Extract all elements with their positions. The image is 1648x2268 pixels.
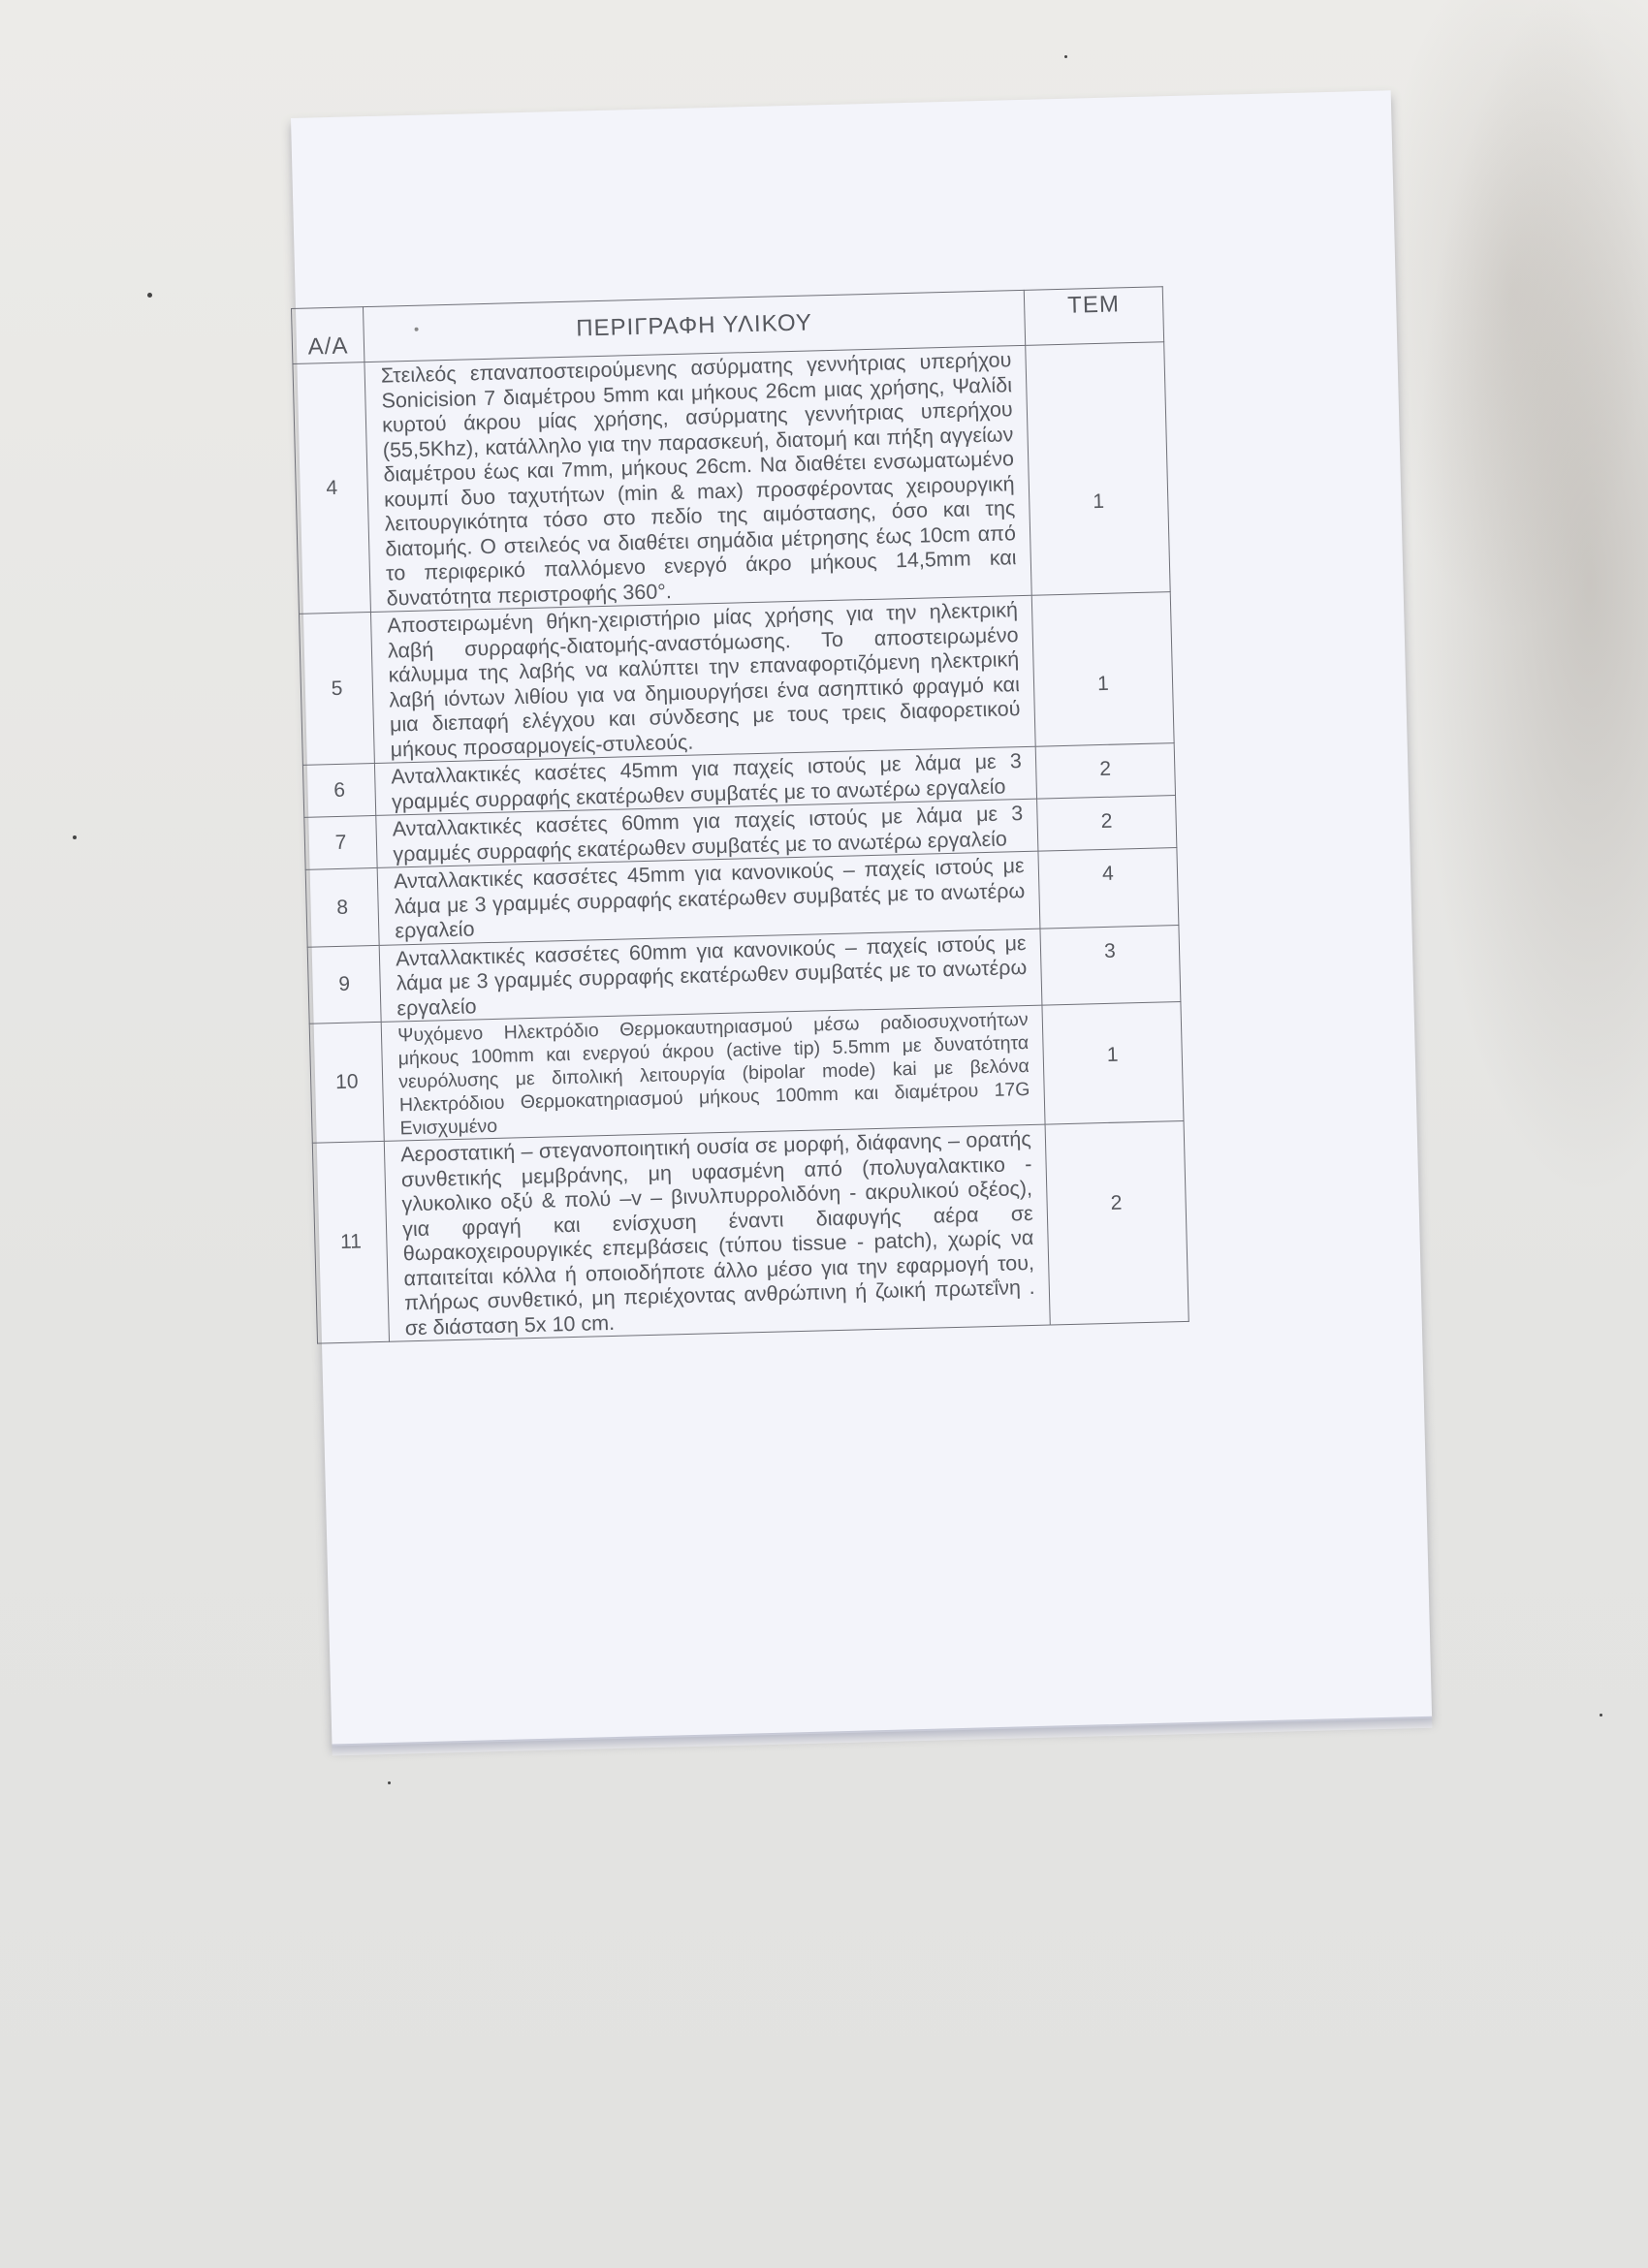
dust-speck: [73, 835, 77, 839]
table-row: 5 Αποστειρωμένη θήκη-χειριστήριο μίας χρ…: [299, 592, 1174, 766]
header-mark: [415, 328, 419, 331]
table-row: 11 Αεροστατική – στεγανοποιητική ουσία σ…: [312, 1120, 1188, 1343]
table-row: 4 Στειλεός επαναποστειρούμενης ασύρματης…: [293, 342, 1170, 614]
materials-table: Α/Α ΠΕΡΙΓΡΑΦΗ ΥΛΙΚΟΥ ΤΕΜ 4 Στειλεός επαν…: [291, 286, 1189, 1343]
row-quantity: 1: [1042, 1002, 1184, 1125]
header-index: Α/Α: [292, 307, 365, 364]
row-index: 11: [312, 1141, 389, 1343]
row-index: 10: [309, 1022, 384, 1143]
row-description: Αποστειρωμένη θήκη-χειριστήριο μίας χρήσ…: [371, 595, 1035, 763]
row-index: 9: [307, 945, 381, 1024]
row-quantity: 2: [1036, 796, 1177, 852]
row-index: 8: [305, 867, 379, 946]
row-index: 4: [293, 362, 371, 614]
header-description-label: ΠΕΡΙΓΡΑΦΗ ΥΛΙΚΟΥ: [576, 310, 812, 342]
row-quantity: 1: [1031, 592, 1174, 747]
row-description: Αεροστατική – στεγανοποιητική ουσία σε μ…: [384, 1124, 1050, 1341]
row-index: 7: [304, 815, 377, 869]
row-index: 5: [299, 613, 374, 766]
row-quantity: 2: [1045, 1120, 1188, 1325]
row-description: Στειλεός επαναποστειρούμενης ασύρματης γ…: [364, 345, 1031, 612]
row-index: 6: [302, 763, 375, 817]
row-quantity: 3: [1040, 925, 1181, 1005]
dust-speck: [147, 293, 152, 298]
table-row: 10 Ψυχόμενο Ηλεκτρόδιο Θερμοκαυτηριασμού…: [309, 1002, 1184, 1144]
row-description: Ψυχόμενο Ηλεκτρόδιο Θερμοκαυτηριασμού μέ…: [381, 1005, 1045, 1141]
row-quantity: 4: [1038, 848, 1179, 929]
dust-speck: [388, 1781, 391, 1784]
row-quantity: 2: [1035, 743, 1176, 800]
dust-speck: [1064, 55, 1067, 58]
header-quantity: ΤΕΜ: [1024, 287, 1164, 346]
row-quantity: 1: [1025, 342, 1170, 596]
dust-speck: [1600, 1714, 1602, 1717]
